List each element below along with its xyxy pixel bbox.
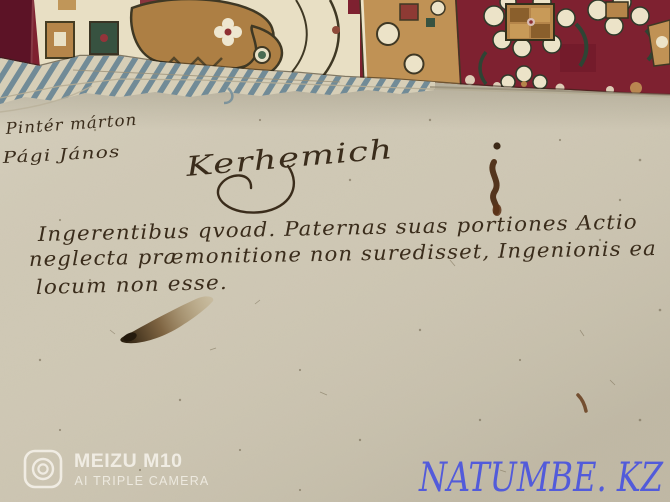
handwritten-body-line-3: locum non esse. bbox=[36, 270, 229, 299]
photo-of-manuscript-on-carpet: Pintér márton Pági János Kerhemich Inger… bbox=[0, 0, 670, 502]
camera-tagline-watermark: AI TRIPLE CAMERA bbox=[75, 474, 210, 488]
site-watermark: NATUMBE. KZ bbox=[418, 455, 664, 501]
carpet-tan-band bbox=[360, 0, 461, 88]
camera-model-watermark: MEIZU M10 bbox=[74, 450, 183, 472]
